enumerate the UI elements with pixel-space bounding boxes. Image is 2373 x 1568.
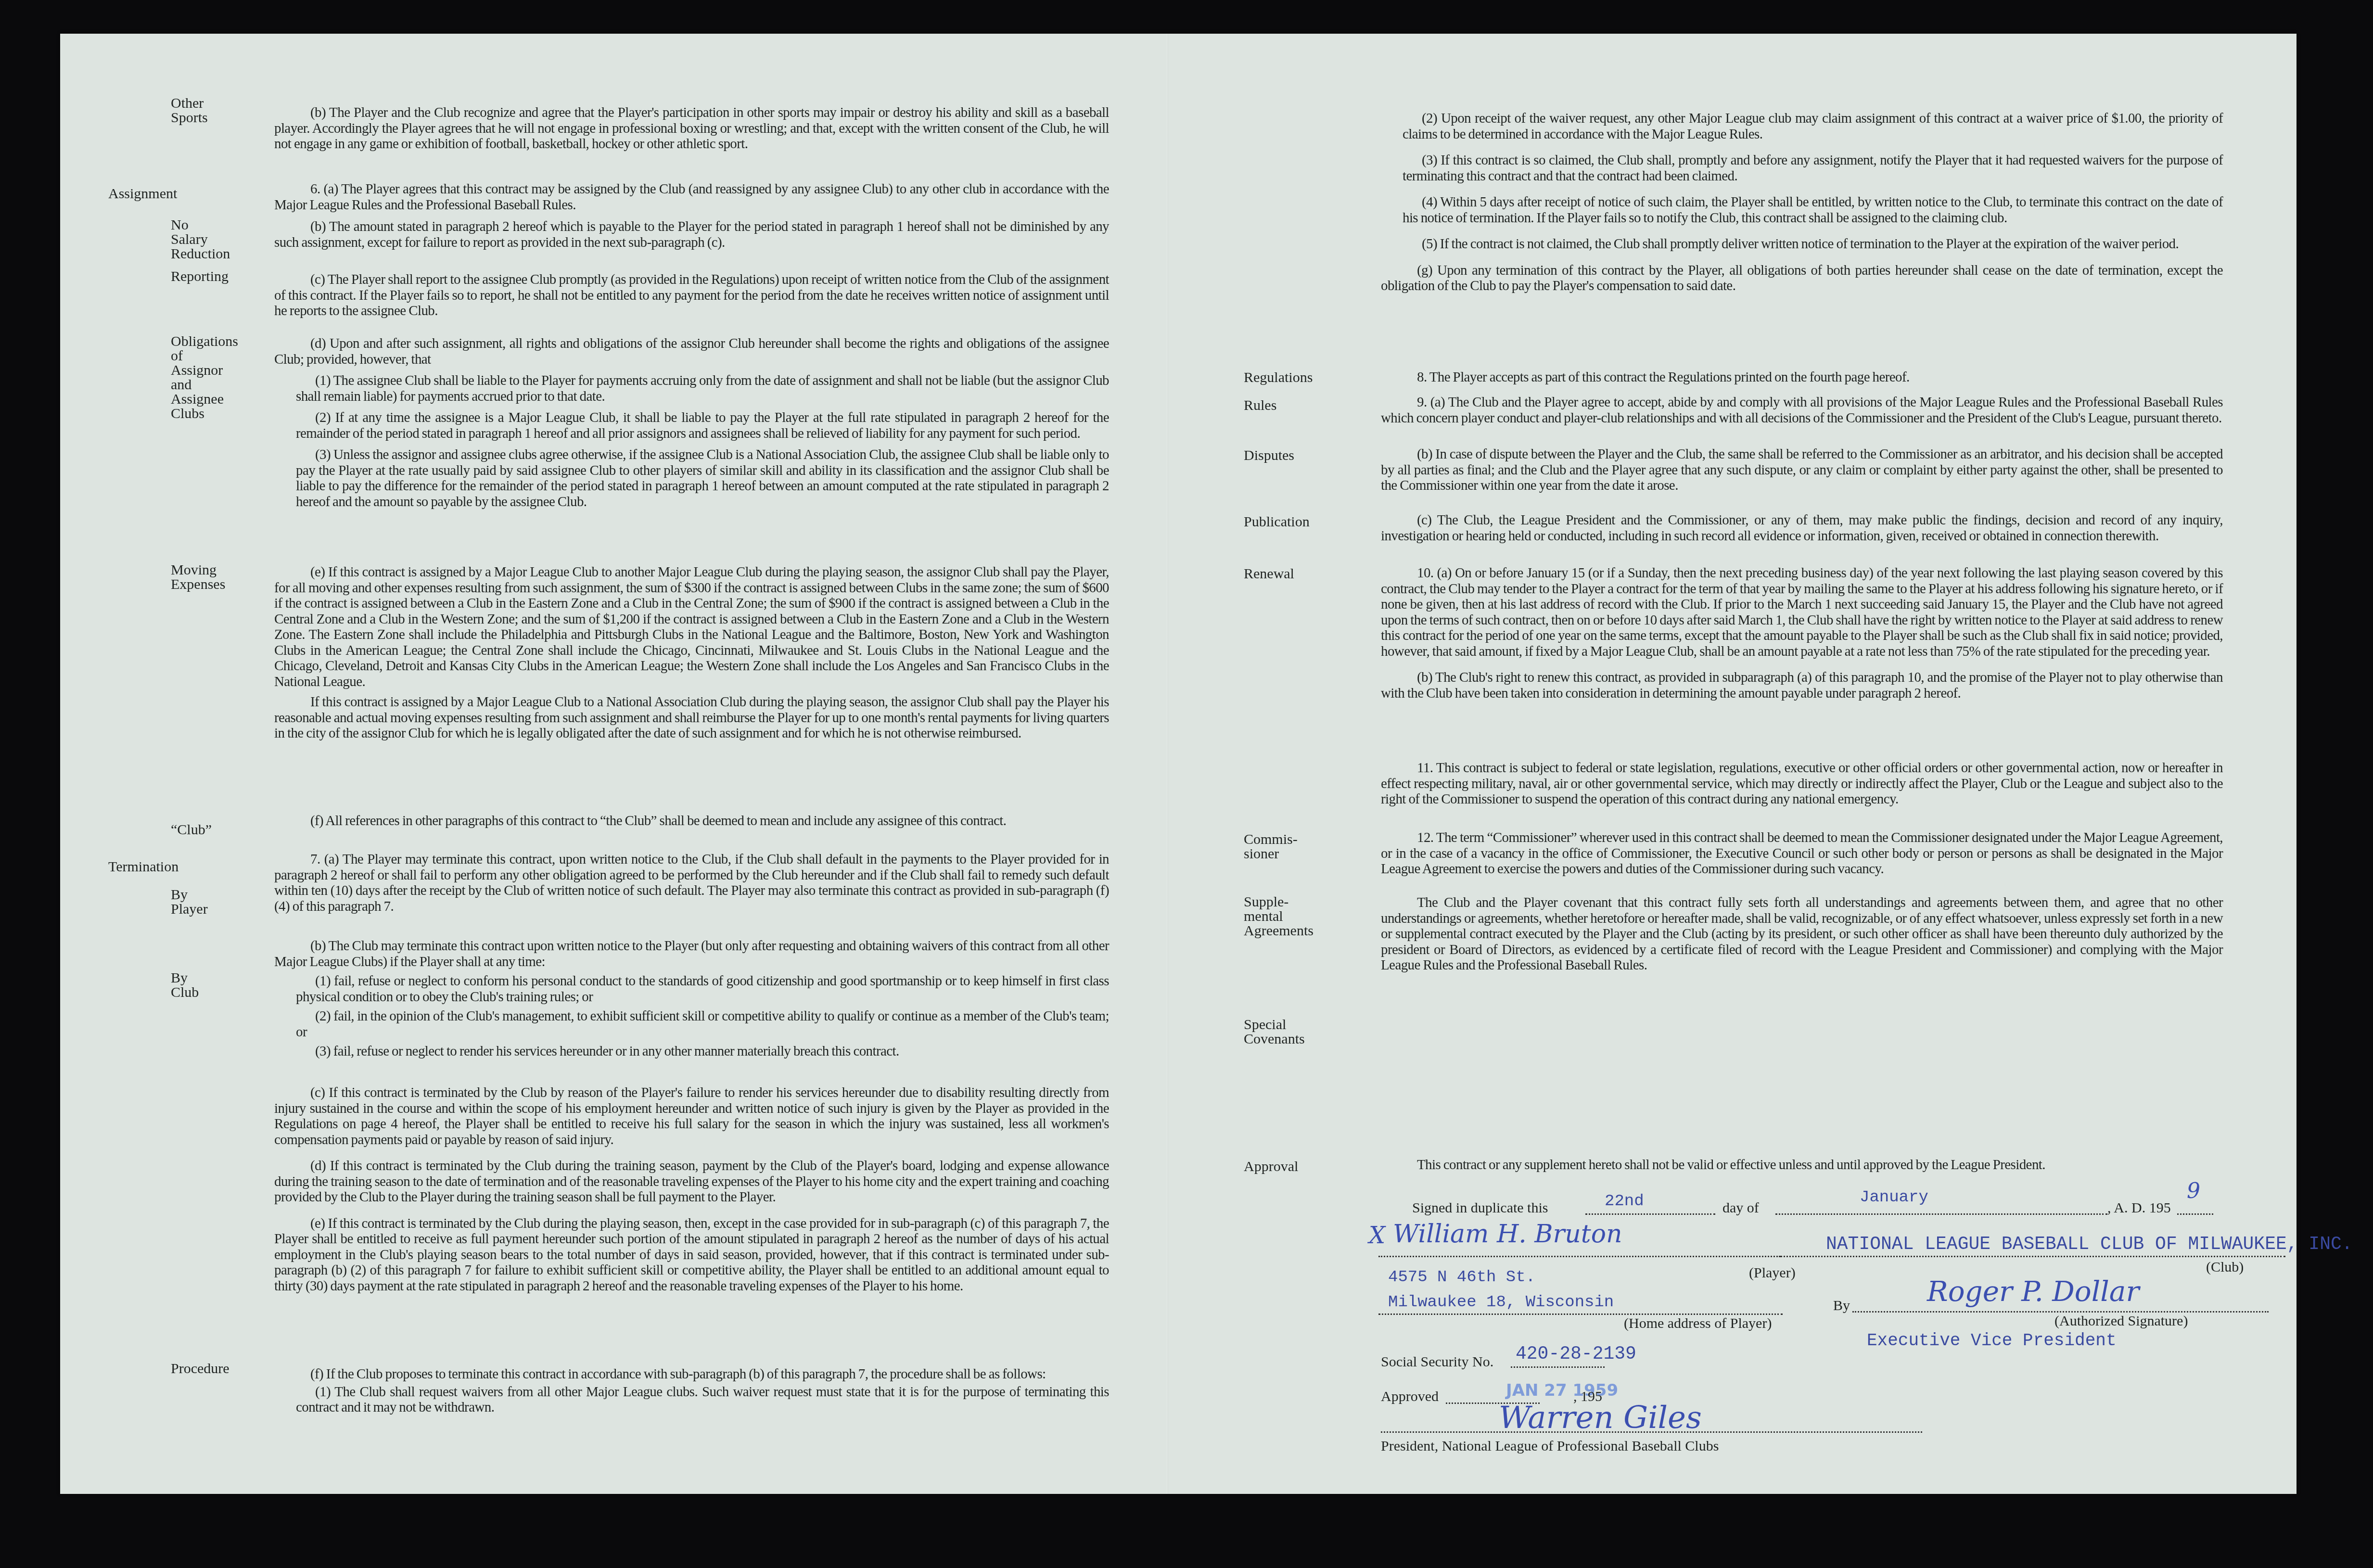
margin-label-supplemental-agreements: Supple- mental Agreements [1244,895,1314,938]
margin-label-renewal: Renewal [1244,567,1294,581]
clause-reporting: (c) The Player shall report to the assig… [274,272,1109,319]
player-address-line1[interactable]: 4575 N 46th St. [1388,1269,1535,1286]
margin-label-moving-expenses: Moving Expenses [171,563,225,592]
day-field[interactable]: 22nd [1605,1193,1644,1210]
paragraph: 7. (a) The Player may terminate this con… [274,852,1109,914]
subparagraph: (5) If the contract is not claimed, the … [1381,236,2223,252]
ssn-line [1511,1366,1605,1368]
signed-in-duplicate-label: Signed in duplicate this [1412,1200,1548,1216]
clause-other-sports: (b) The Player and the Club recognize an… [274,105,1109,152]
day-line [1585,1213,1715,1215]
subparagraph: (1) fail, refuse or neglect to conform h… [274,973,1109,1005]
club-officer-title[interactable]: Executive Vice President [1867,1333,2116,1349]
clause-assignment: 6. (a) The Player agrees that this contr… [274,181,1109,213]
subparagraph: (2) If at any time the assignee is a Maj… [274,410,1109,441]
clause-no-salary-reduction: (b) The amount stated in paragraph 2 her… [274,219,1109,250]
paragraph: (e) If this contract is assigned by a Ma… [274,564,1109,689]
clause-rules: 9. (a) The Club and the Player agree to … [1381,395,2223,426]
margin-label-special-covenants: Special Covenants [1244,1018,1305,1046]
margin-label-other-sports: Other Sports [171,96,208,125]
paragraph: (b) In case of dispute between the Playe… [1381,446,2223,494]
authorized-signature-line [1852,1311,2269,1313]
day-of-label: day of [1722,1200,1759,1216]
clause-obligations: (d) Upon and after such assignment, all … [274,336,1109,510]
subparagraph: (3) If this contract is so claimed, the … [1381,153,2223,184]
subparagraph: (1) The Club shall request waivers from … [274,1384,1109,1415]
clause-termination-payments: (c) If this contract is terminated by th… [274,1085,1109,1294]
paragraph: (b) The Club may terminate this contract… [274,938,1109,969]
address-line [1378,1313,1783,1315]
club-officer-signature[interactable]: Roger P. Dollar [1927,1275,2139,1308]
clause-procedure: (f) If the Club proposes to terminate th… [274,1366,1109,1415]
paragraph: (d) If this contract is terminated by th… [274,1158,1109,1205]
subparagraph: (3) fail, refuse or neglect to render hi… [274,1044,1109,1059]
margin-label-obligations: Obligations of Assignor and Assignee Clu… [171,334,238,421]
margin-label-commissioner: Commis- sioner [1244,832,1298,861]
paragraph: 8. The Player accepts as part of this co… [1381,370,2223,385]
paragraph: 6. (a) The Player agrees that this contr… [274,181,1109,213]
paragraph: The Club and the Player covenant that th… [1381,895,2223,973]
ssn-field[interactable]: 420-28-2139 [1516,1346,1636,1363]
month-line [1775,1213,2107,1215]
clause-approval: This contract or any supplement hereto s… [1381,1157,2223,1173]
president-signature-line [1381,1431,1922,1433]
clause-supplemental-agreements: The Club and the Player covenant that th… [1381,895,2223,973]
paragraph: (f) All references in other paragraphs o… [274,813,1109,829]
paragraph: (g) Upon any termination of this contrac… [1381,263,2223,294]
player-caption: (Player) [1749,1265,1796,1281]
margin-label-rules: Rules [1244,398,1276,413]
ssn-label: Social Security No. [1381,1354,1493,1370]
clause-club-definition: (f) All references in other paragraphs o… [274,813,1109,829]
center-fold [1167,34,1168,1494]
president-caption: President, National League of Profession… [1381,1439,1719,1454]
paragraph: (b) The amount stated in paragraph 2 her… [274,219,1109,250]
paragraph: 11. This contract is subject to federal … [1381,760,2223,807]
margin-label-regulations: Regulations [1244,370,1313,385]
paragraph: If this contract is assigned by a Major … [274,694,1109,741]
club-caption: (Club) [2206,1260,2244,1275]
margin-label-termination: Termination [108,860,179,874]
club-line [1780,1256,2285,1257]
paragraph: (d) Upon and after such assignment, all … [274,336,1109,367]
paragraph: (b) The Player and the Club recognize an… [274,105,1109,152]
clause-publication: (c) The Club, the League President and t… [1381,512,2223,544]
margin-label-assignment: Assignment [108,187,177,201]
paragraph: (c) If this contract is terminated by th… [274,1085,1109,1147]
subparagraph: (2) fail, in the opinion of the Club's m… [274,1008,1109,1040]
authorized-caption: (Authorized Signature) [2054,1313,2188,1329]
subparagraph: (3) Unless the assignor and assignee clu… [274,447,1109,510]
clause-termination-by-club: (b) The Club may terminate this contract… [274,938,1109,1059]
paragraph: 12. The term “Commissioner” wherever use… [1381,830,2223,877]
paragraph: (c) The Club, the League President and t… [1381,512,2223,544]
margin-label-by-club: By Club [171,971,199,1000]
margin-label-club: “Club” [171,823,212,837]
clause-renewal: 10. (a) On or before January 15 (or if a… [1381,565,2223,701]
player-address-line2[interactable]: Milwaukee 18, Wisconsin [1388,1294,1614,1311]
subparagraph: (2) Upon receipt of the waiver request, … [1381,111,2223,142]
paragraph: (e) If this contract is terminated by th… [274,1216,1109,1294]
approved-label: Approved [1381,1389,1439,1404]
clause-disputes: (b) In case of dispute between the Playe… [1381,446,2223,494]
clause-waiver-procedure: (2) Upon receipt of the waiver request, … [1381,111,2223,294]
year-digit-field[interactable]: 9 [2187,1179,2200,1203]
clause-termination-by-player: 7. (a) The Player may terminate this con… [274,852,1109,914]
by-label: By [1833,1298,1850,1313]
clause-regulations: 8. The Player accepts as part of this co… [1381,370,2223,385]
paragraph: This contract or any supplement hereto s… [1381,1157,2223,1173]
player-mark: X [1369,1222,1385,1249]
address-caption: (Home address of Player) [1624,1316,1772,1331]
contract-paper: Other Sports (b) The Player and the Club… [60,34,2296,1494]
clause-legislation: 11. This contract is subject to federal … [1381,760,2223,807]
margin-label-disputes: Disputes [1244,448,1294,463]
margin-label-reporting: Reporting [171,269,229,284]
league-president-signature[interactable]: Warren Giles [1499,1400,1702,1436]
ad-label: , A. D. 195 [2107,1200,2171,1216]
player-signature-line [1378,1256,1780,1257]
subparagraph: (4) Within 5 days after receipt of notic… [1381,194,2223,226]
margin-label-no-salary-reduction: No Salary Reduction [171,218,230,261]
month-field[interactable]: January [1860,1189,1928,1206]
margin-label-publication: Publication [1244,515,1310,529]
paragraph: (b) The Club's right to renew this contr… [1381,670,2223,701]
player-signature[interactable]: William H. Bruton [1393,1220,1622,1249]
margin-label-procedure: Procedure [171,1362,230,1376]
margin-label-approval: Approval [1244,1160,1298,1174]
subparagraph: (1) The assignee Club shall be liable to… [274,373,1109,404]
paragraph: (f) If the Club proposes to terminate th… [274,1366,1109,1382]
club-name-field[interactable]: NATIONAL LEAGUE BASEBALL CLUB OF MILWAUK… [1826,1237,2353,1253]
paragraph: (c) The Player shall report to the assig… [274,272,1109,319]
clause-moving-expenses: (e) If this contract is assigned by a Ma… [274,564,1109,741]
year-line [2177,1213,2213,1215]
clause-commissioner: 12. The term “Commissioner” wherever use… [1381,830,2223,877]
paragraph: 9. (a) The Club and the Player agree to … [1381,395,2223,426]
paragraph: 10. (a) On or before January 15 (or if a… [1381,565,2223,659]
margin-label-by-player: By Player [171,888,208,917]
